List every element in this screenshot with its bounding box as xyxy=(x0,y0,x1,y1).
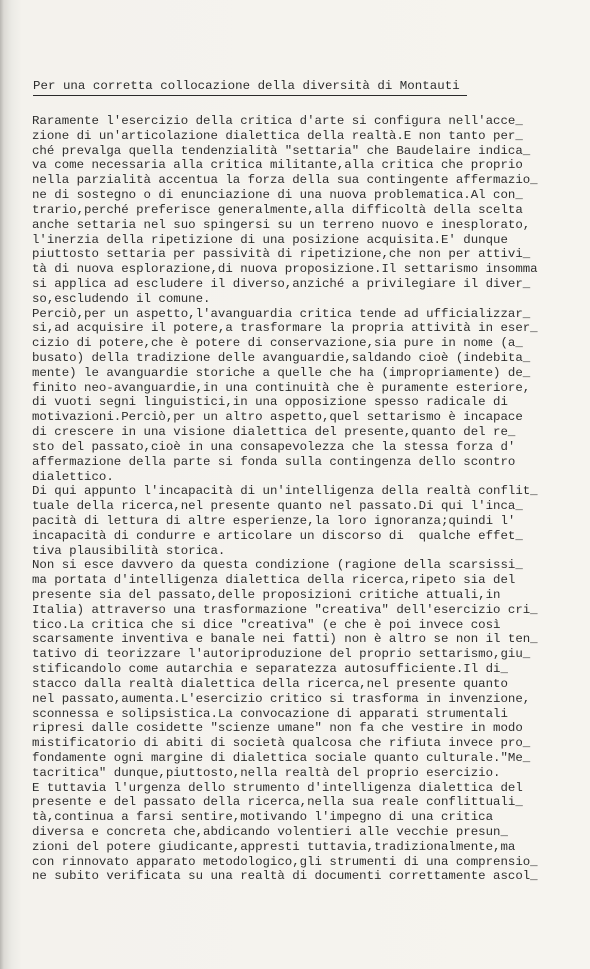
text-line: di crescere in una visione dialettica de… xyxy=(32,425,538,440)
text-line: sto del passato,cioè in una consapevolez… xyxy=(32,440,538,455)
text-line: cizio di potere,che è potere di conserva… xyxy=(32,336,538,351)
text-line: Non si esce davvero da questa condizione… xyxy=(32,558,538,573)
text-line: mente) le avanguardie storiche a quelle … xyxy=(32,366,538,381)
text-line: zione di un'articolazione dialettica del… xyxy=(32,129,538,144)
text-line: stificandolo come autarchia e separatezz… xyxy=(32,662,538,677)
text-line: busato) della tradizione delle avanguard… xyxy=(32,351,538,366)
text-line: motivazioni.Perciò,per un altro aspetto,… xyxy=(32,410,538,425)
text-line: ché prevalga quella tendenzialità "setta… xyxy=(32,144,538,159)
text-line: presente e del passato della ricerca,nel… xyxy=(32,795,538,810)
text-line: di vuoti segni linguistici,in una opposi… xyxy=(32,395,538,410)
text-line: Italia) attraverso una trasformazione "c… xyxy=(32,603,538,618)
document-title: Per una corretta collocazione della dive… xyxy=(33,79,460,93)
text-line: si applica ad escludere il diverso,anzic… xyxy=(32,277,538,292)
text-line: trario,perché preferisce generalmente,al… xyxy=(32,203,538,218)
text-line: ne subito verificata su una realtà di do… xyxy=(32,869,538,884)
text-line: tico.La critica che si dice "creativa" (… xyxy=(32,618,538,633)
text-line: sconnessa e solipsistica.La convocazione… xyxy=(32,707,538,722)
text-line: Perciò,per un aspetto,l'avanguardia crit… xyxy=(32,307,538,322)
text-line: nella parzialità accentua la forza della… xyxy=(32,173,538,188)
text-line: incapacità di condurre e articolare un d… xyxy=(32,529,538,544)
text-line: anche settaria nel suo spingersi su un t… xyxy=(32,218,538,233)
text-line: nel passato,aumenta.L'esercizio critico … xyxy=(32,692,538,707)
text-line: tuale della ricerca,nel presente quanto … xyxy=(32,499,538,514)
text-line: tiva plausibilità storica. xyxy=(32,544,538,559)
text-line: stacco dalla realtà dialettica della ric… xyxy=(32,677,538,692)
title-underline xyxy=(33,95,467,96)
text-line: dialettico. xyxy=(32,470,538,485)
text-line: finito neo-avanguardie,in una continuità… xyxy=(32,381,538,396)
text-line: pacità di lettura di altre esperienze,la… xyxy=(32,514,538,529)
document-body: Raramente l'esercizio della critica d'ar… xyxy=(32,114,538,884)
text-line: tà,continua a farsi sentire,motivando l'… xyxy=(32,810,538,825)
text-line: si,ad acquisire il potere,a trasformare … xyxy=(32,321,538,336)
text-line: Raramente l'esercizio della critica d'ar… xyxy=(32,114,538,129)
text-line: piuttosto settaria per passività di ripe… xyxy=(32,247,538,262)
text-line: scarsamente inventiva e banale nei fatti… xyxy=(32,632,538,647)
text-line: ne di sostegno o di enunciazione di una … xyxy=(32,188,538,203)
text-line: diversa e concreta che,abdicando volenti… xyxy=(32,825,538,840)
text-line: zioni del potere giudicante,appresti tut… xyxy=(32,840,538,855)
text-line: affermazione della parte si fonda sulla … xyxy=(32,455,538,470)
text-line: l'inerzia della ripetizione di una posiz… xyxy=(32,233,538,248)
text-line: mistificatorio di abiti di società qualc… xyxy=(32,736,538,751)
typewritten-page: Per una corretta collocazione della dive… xyxy=(0,0,590,969)
text-line: E tuttavia l'urgenza dello strumento d'i… xyxy=(32,781,538,796)
text-line: tativo di teorizzare l'autoriproduzione … xyxy=(32,647,538,662)
text-line: so,escludendo il comune. xyxy=(32,292,538,307)
text-line: ma portata d'intelligenza dialettica del… xyxy=(32,573,538,588)
text-line: fondamente ogni margine di dialettica so… xyxy=(32,751,538,766)
text-line: Di qui appunto l'incapacità di un'intell… xyxy=(32,484,538,499)
text-line: va come necessaria alla critica militant… xyxy=(32,158,538,173)
text-line: tà di nuova esplorazione,di nuova propos… xyxy=(32,262,538,277)
text-line: con rinnovato apparato metodologico,gli … xyxy=(32,855,538,870)
text-line: ripresi dalle cosidette "scienze umane" … xyxy=(32,721,538,736)
text-line: tacritica" dunque,piuttosto,nella realtà… xyxy=(32,766,538,781)
text-line: presente sia del passato,delle proposizi… xyxy=(32,588,538,603)
